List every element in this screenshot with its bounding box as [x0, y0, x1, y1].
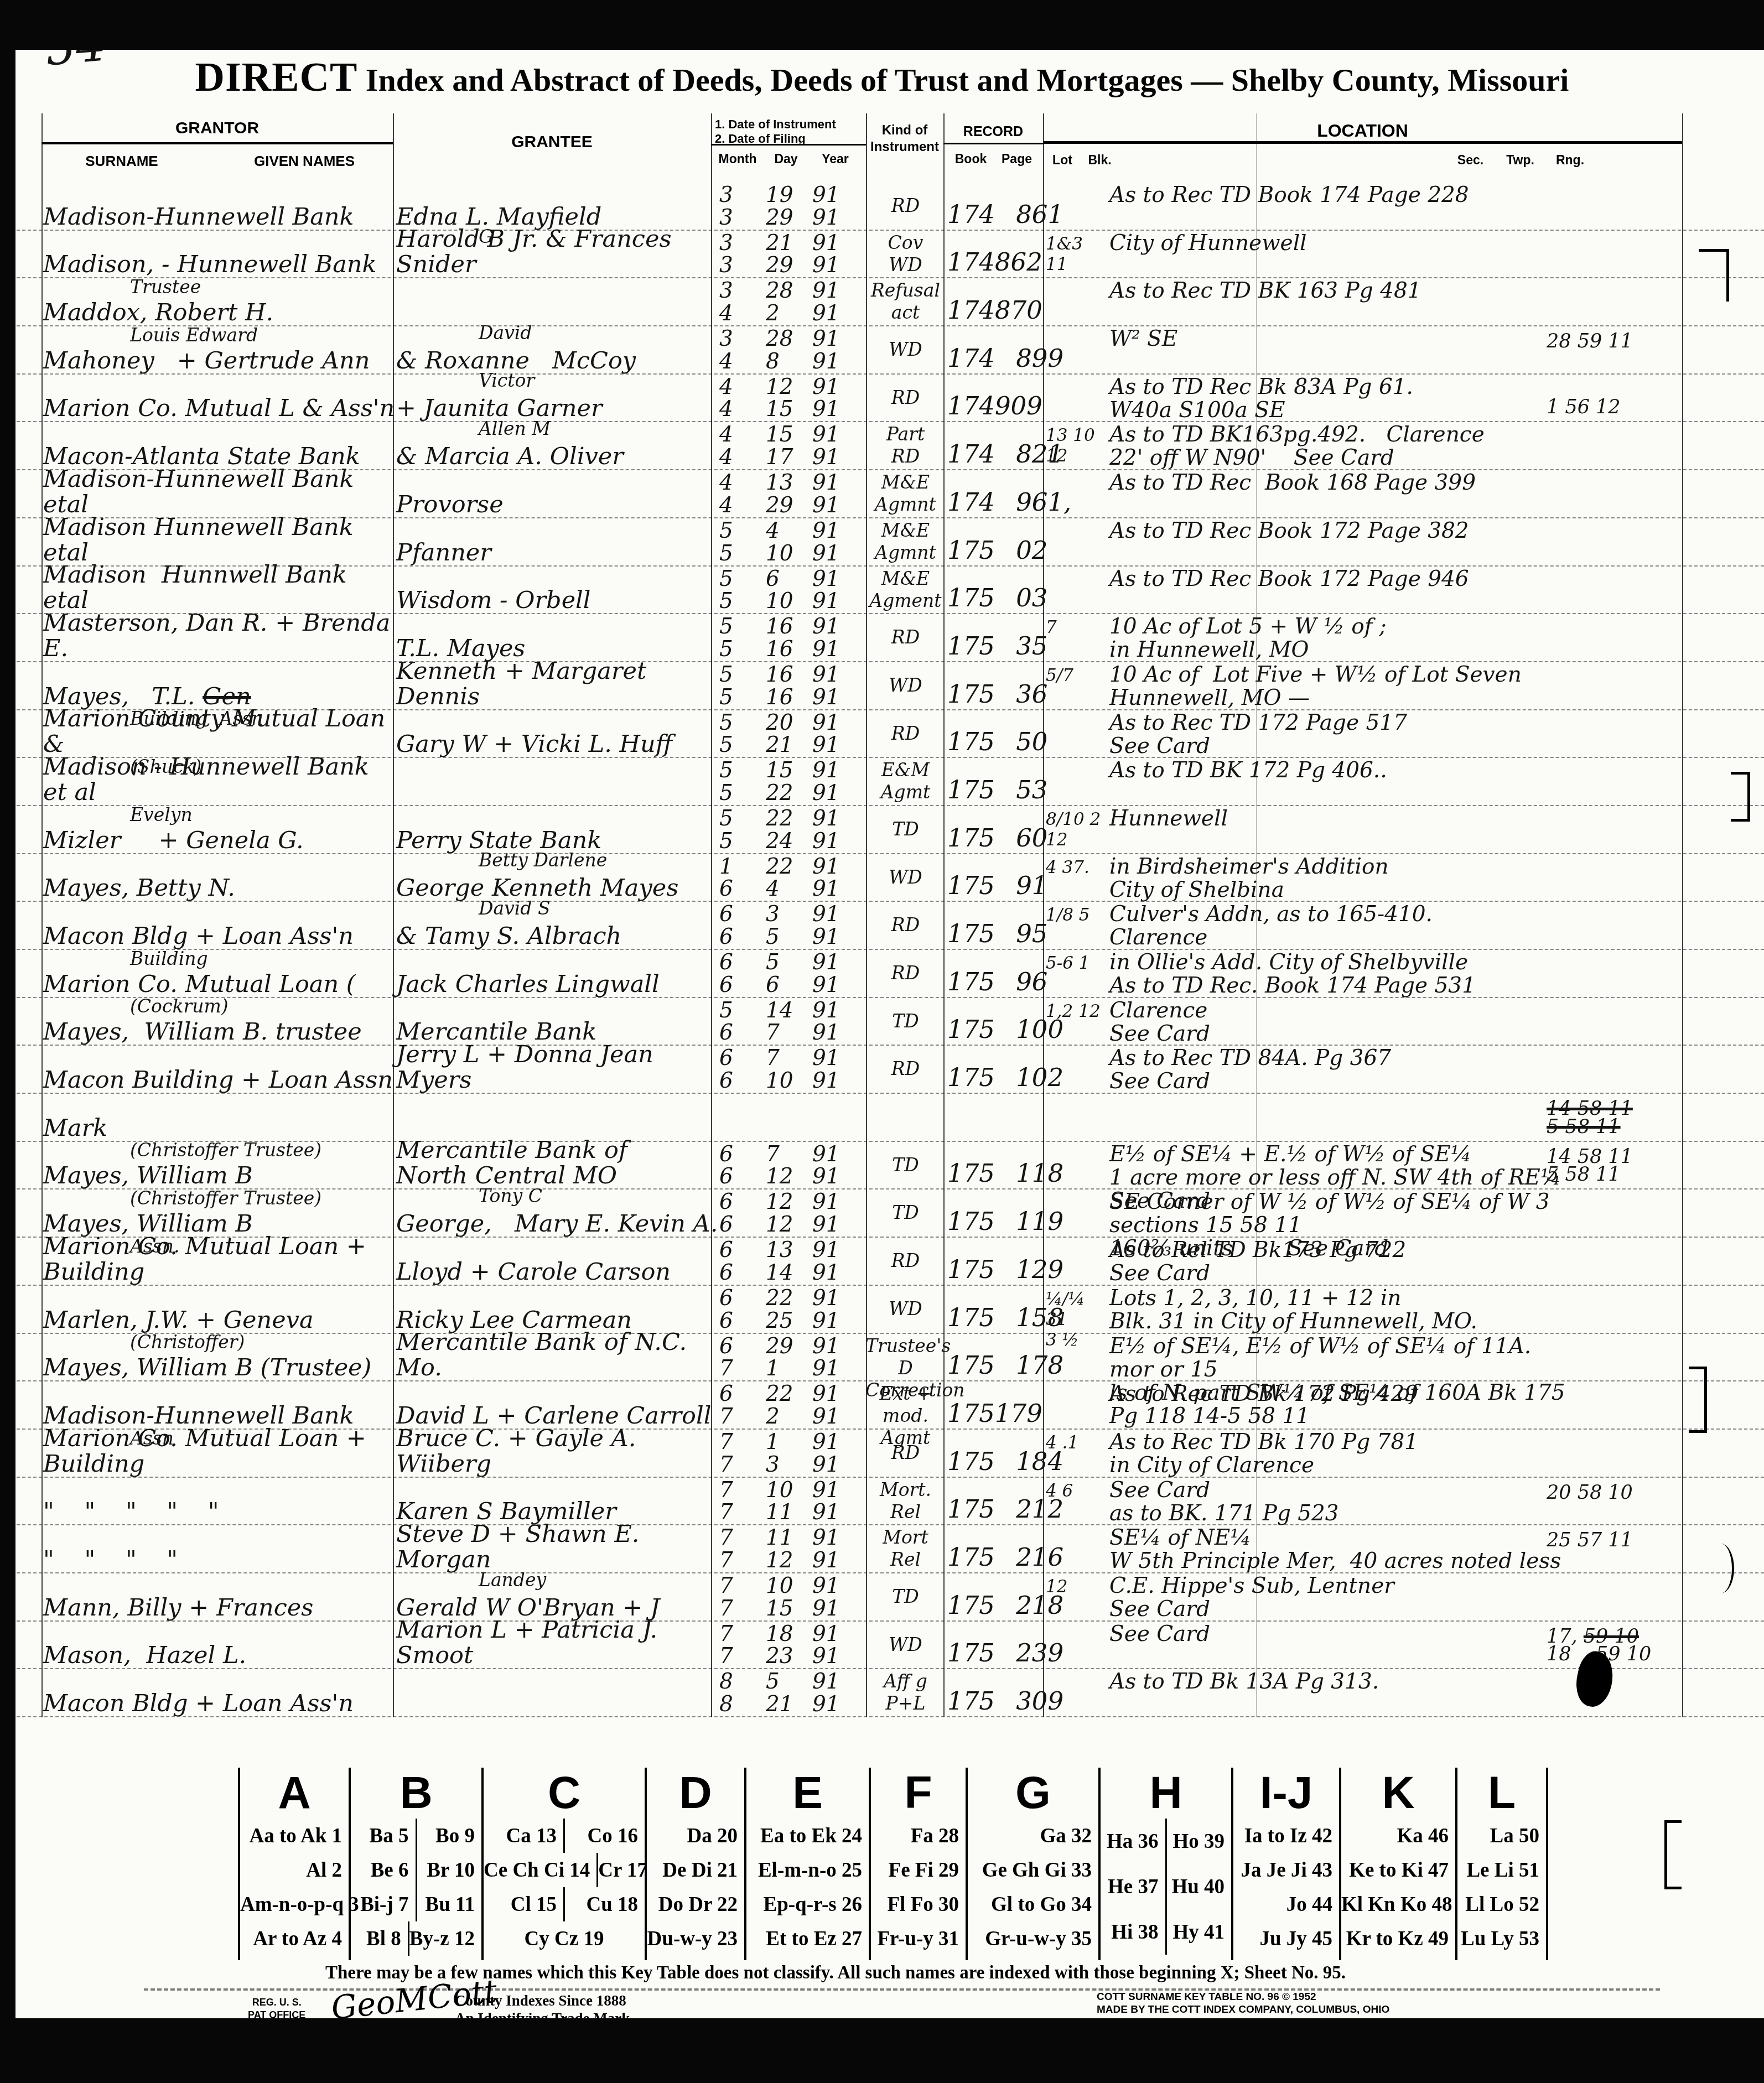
col-header-surname: SURNAME: [53, 153, 191, 170]
key-column-e: EEa to Ek 24El-m-n-o 25Ep-q-r-s 26Et to …: [746, 1768, 871, 1960]
key-range: Ep-q-r-s 26: [746, 1893, 869, 1916]
footer-right-line1: COTT SURNAME KEY TABLE NO. 96 © 1952: [1097, 1991, 1316, 2003]
header-rule: [1043, 141, 1682, 144]
scan-artifact: [1664, 1820, 1682, 1889]
key-row: Am-n-o-p-q 3: [240, 1887, 349, 1921]
date-of-filing: 71591: [715, 1596, 864, 1619]
scan-artifact: [1699, 249, 1729, 302]
key-row: Ia to Iz 42: [1233, 1819, 1339, 1853]
kind-of-instrument: RD: [865, 1442, 946, 1464]
key-range: Bl 8: [351, 1921, 409, 1956]
col-header-given-names: GIVEN NAMES: [221, 153, 387, 170]
grantee-note: Victor: [479, 371, 535, 390]
key-range: Et to Ez 27: [746, 1927, 869, 1951]
key-letter: I-J: [1233, 1768, 1339, 1819]
key-range: Le Li 51: [1457, 1858, 1546, 1882]
location-note: As to TD BK163pg.492. Clarence 22' off W…: [1109, 423, 1569, 470]
key-row: Ge Gh Gi 33: [968, 1853, 1098, 1887]
date-of-instrument: 41591: [715, 422, 864, 445]
key-range: Ia to Iz 42: [1233, 1824, 1339, 1848]
key-letter: F: [871, 1768, 966, 1819]
key-range: Ea to Ek 24: [746, 1824, 869, 1848]
col-header-date1: 1. Date of Instrument: [715, 117, 864, 132]
key-letter: C: [484, 1768, 645, 1819]
index-row: " " " "Steve D + Shawn E. Morgan71191712…: [0, 1525, 1764, 1573]
date-of-filing: 61491: [715, 1260, 864, 1284]
lot-blk: 4 .1: [1046, 1433, 1104, 1453]
index-row: Mayes, William B(Christoffer Trustee)Mer…: [0, 1142, 1764, 1190]
kind-of-instrument: RD: [865, 195, 946, 217]
key-row: Ba 5Bo 9: [351, 1819, 481, 1853]
date-of-instrument: 52091: [715, 710, 864, 734]
page-title: DIRECT Index and Abstract of Deeds, Deed…: [0, 54, 1764, 101]
date-of-filing: 4891: [715, 349, 864, 372]
grantor-name: Madison, - Hunnewell Bank: [43, 252, 397, 277]
key-row: Fa 28: [871, 1819, 966, 1853]
date-of-filing: 61291: [715, 1164, 864, 1187]
date-of-instrument: 61391: [715, 1238, 864, 1261]
key-row: Ar to Az 4: [240, 1921, 349, 1956]
key-row: Gl to Go 34: [968, 1887, 1098, 1921]
date-of-instrument: 62291: [715, 1381, 864, 1405]
key-row: Ju Jy 45: [1233, 1921, 1339, 1956]
date-of-filing: 52191: [715, 733, 864, 756]
key-range: Fe Fi 29: [871, 1858, 966, 1882]
kind-of-instrument: TD: [865, 1154, 946, 1176]
key-row: Fe Fi 29: [871, 1853, 966, 1887]
grantor-name: Madison Hunnwell Bank etal: [43, 562, 397, 613]
location-note: As to Rec TD BK 163 Pg 481: [1109, 279, 1569, 303]
lot-blk: 5-6 1: [1046, 953, 1104, 974]
title-rest: Index and Abstract of Deeds, Deeds of Tr…: [357, 62, 1569, 98]
grantor-note: Building Assn: [130, 709, 263, 728]
key-range: Ho 39: [1167, 1830, 1232, 1853]
grantor-name: " " " " ": [43, 1499, 397, 1524]
kind-of-instrument: TD: [865, 1202, 946, 1224]
location-note: City of Hunnewell: [1109, 232, 1569, 255]
key-row: Et to Ez 27: [746, 1921, 869, 1956]
key-range: Ba 5: [351, 1819, 417, 1853]
key-row: Da 20: [647, 1819, 744, 1853]
kind-of-instrument: Refusal act: [865, 279, 946, 324]
date-of-filing: 72391: [715, 1644, 864, 1667]
record-book-page: 175 03: [947, 585, 1047, 611]
index-row: Mayes, Betty N.George Kenneth MayesBetty…: [0, 854, 1764, 902]
key-row: Kr to Kz 49: [1341, 1921, 1455, 1956]
index-row: Macon Bldg + Loan Ass'n859182191Aff g P+…: [0, 1669, 1764, 1717]
grantee-name: Pfanner: [396, 540, 728, 565]
date-of-instrument: 51491: [715, 998, 864, 1021]
date-of-instrument: 6391: [715, 902, 864, 925]
kind-of-instrument: RD: [865, 962, 946, 984]
date-of-instrument: 5691: [715, 567, 864, 590]
ledger-paper: 54 DIRECT Index and Abstract of Deeds, D…: [0, 0, 1764, 2083]
kind-of-instrument: TD: [865, 818, 946, 840]
record-book-page: 175 239: [947, 1640, 1047, 1666]
key-range: Ca 13: [484, 1819, 565, 1853]
location-note: As to TD Rec Book 172 Page 946: [1109, 568, 1569, 591]
date-of-instrument: 62291: [715, 1286, 864, 1309]
key-column-k: KKa 46Ke to Ki 47Kl Kn Ko 48Kr to Kz 49: [1341, 1768, 1457, 1960]
grantee-name: George Kenneth Mayes: [396, 875, 728, 901]
key-range: Hy 41: [1167, 1920, 1232, 1944]
index-row: Macon Bldg + Loan Ass'n& Tamy S. Albrach…: [0, 902, 1764, 950]
location-note: As to Rec TD Bk 172 Pg 429: [1109, 1383, 1569, 1406]
record-book-page: 174909: [947, 393, 1047, 419]
key-column-a: AAa to Ak 1Al 2Am-n-o-p-q 3Ar to Az 4: [240, 1768, 351, 1960]
date-of-instrument: 32191: [715, 231, 864, 254]
location-note: See Card as to BK. 171 Pg 523: [1109, 1479, 1569, 1525]
key-range: Kl Kn Ko 48: [1341, 1893, 1459, 1916]
key-range: Am-n-o-p-q 3: [240, 1893, 366, 1916]
grantor-name: Marion Co. Mutual Loan (: [43, 972, 397, 997]
grantee-name: Mercantile Bank of N.C. Mo.: [396, 1329, 728, 1380]
kind-of-instrument: Mort Rel: [865, 1526, 946, 1571]
record-book-page: 174 821: [947, 441, 1047, 467]
kind-of-instrument: RD: [865, 387, 946, 409]
index-table-body: Madison-Hunnewell BankEdna L. Mayfield31…: [0, 183, 1764, 1717]
lot-blk: 4 6: [1046, 1481, 1104, 1502]
grantor-note: Trustee: [130, 278, 201, 297]
key-row: El-m-n-o 25: [746, 1853, 869, 1887]
record-book-page: 175 91: [947, 873, 1047, 898]
record-book-page: 175 53: [947, 777, 1047, 803]
location-note: Culver's Addn, as to 165-410. Clarence: [1109, 903, 1569, 949]
grantee-note: G: [479, 227, 493, 246]
kind-of-instrument: M&E Agmnt: [865, 520, 946, 564]
scan-edge-bottom: [0, 2018, 1764, 2083]
key-column-b: BBa 5Bo 9Be 6Br 10Bi-j 7Bu 11Bl 8By-z 12: [351, 1768, 484, 1960]
index-row: Mayes, William B(Christoffer Trustee)Geo…: [0, 1189, 1764, 1238]
location-note: W² SE: [1109, 328, 1569, 351]
date-of-filing: 6691: [715, 973, 864, 996]
key-range: Da 20: [647, 1824, 744, 1848]
header-rule: [41, 142, 393, 144]
grantee-note: Landey: [479, 1571, 546, 1589]
grantor-name: Macon Bldg + Loan Ass'n: [43, 923, 397, 949]
col-header-grantor: GRANTOR: [41, 119, 393, 138]
date-of-instrument: 8591: [715, 1669, 864, 1692]
date-of-instrument: 51691: [715, 662, 864, 685]
key-range: Gr-u-w-y 35: [968, 1927, 1098, 1951]
grantor-name: Marlen, J.W. + Geneva: [43, 1307, 397, 1333]
lot-blk: 1&3 11: [1046, 234, 1104, 275]
date-of-filing: 51091: [715, 589, 864, 612]
grantor-name: Madison-Hunnewell Bank: [43, 204, 397, 230]
date-of-instrument: 71891: [715, 1622, 864, 1645]
key-range: Be 6: [351, 1853, 417, 1887]
date-of-instrument: 32891: [715, 326, 864, 350]
date-of-filing: 7391: [715, 1452, 864, 1476]
grantee-name: Steve D + Shawn E. Morgan: [396, 1521, 728, 1572]
key-column-g: GGa 32Ge Gh Gi 33Gl to Go 34Gr-u-w-y 35: [968, 1768, 1101, 1960]
grantee-name: & Marcia A. Oliver: [396, 444, 728, 469]
grantor-note: (Christoffer Trustee): [130, 1141, 321, 1160]
key-range: Ce Ch Ci 14: [484, 1853, 598, 1887]
record-book-page: 175 216: [947, 1545, 1047, 1570]
index-row: Maddox, Robert H.Trustee328914291Refusal…: [0, 278, 1764, 326]
date-of-filing: 6791: [715, 1020, 864, 1043]
col-header-twp: Twp.: [1497, 153, 1544, 168]
index-row: Marion County Mutual Loan &Building Assn…: [0, 710, 1764, 759]
date-of-instrument: 6791: [715, 1046, 864, 1069]
location-note: As to TD Rec Bk 83A Pg 61. W40a S100a SE: [1109, 376, 1569, 422]
location-note: As to Rec TD 172 Page 517 See Card: [1109, 711, 1569, 758]
grantor-name: Mason, Hazel L.: [43, 1643, 397, 1668]
grantor-note: (Cockrum): [130, 997, 229, 1016]
key-row: Ca 13Co 16: [484, 1819, 645, 1853]
date-of-instrument: 41391: [715, 470, 864, 494]
key-range: Gl to Go 34: [968, 1893, 1098, 1916]
key-range: Aa to Ak 1: [240, 1824, 349, 1848]
index-row: Madison Hunnwell Bank etalWisdom - Orbel…: [0, 567, 1764, 615]
key-letter: K: [1341, 1768, 1455, 1819]
sec-twp-rng: 18 59 10: [1547, 1642, 1729, 1667]
grantee-name: Gary W + Vicki L. Huff: [396, 731, 728, 757]
surname-key-table: AAa to Ak 1Al 2Am-n-o-p-q 3Ar to Az 4BBa…: [238, 1768, 1548, 1960]
location-note: Hunnewell: [1109, 807, 1569, 830]
date-of-instrument: 6591: [715, 950, 864, 973]
date-of-instrument: 71191: [715, 1525, 864, 1549]
lot-blk: 1/8 5: [1046, 905, 1104, 926]
key-row: Be 6Br 10: [351, 1853, 481, 1887]
record-book-page: 175 212: [947, 1497, 1047, 1522]
record-book-page: 175 129: [947, 1257, 1047, 1282]
grantor-name: Madison - Hunnewell Bank et al: [43, 754, 397, 805]
date-of-instrument: 31991: [715, 183, 864, 206]
location-note: As to TD Bk 13A Pg 313.: [1109, 1670, 1569, 1694]
grantee-note: Tony C: [479, 1187, 542, 1206]
grantor-note: Evelyn: [130, 806, 193, 824]
index-row: Madison-Hunnewell BankDavid L + Carlene …: [0, 1381, 1764, 1430]
key-range: Hu 40: [1167, 1875, 1232, 1899]
lot-blk: 8/10 2 12: [1046, 809, 1104, 850]
date-of-filing: 42991: [715, 493, 864, 516]
key-range: Ar to Az 4: [240, 1927, 349, 1951]
grantor-name: Mahoney + Gertrude Ann: [43, 348, 397, 373]
key-range: Bi-j 7: [351, 1887, 417, 1921]
sec-twp-rng: 20 58 10: [1547, 1480, 1729, 1505]
date-of-filing: 82191: [715, 1692, 864, 1715]
key-row: Ha 36Ho 39: [1101, 1819, 1231, 1864]
key-range: Bo 9: [417, 1824, 482, 1848]
index-row: Marion Co. Mutual Loan + BuildingAssn.Ll…: [0, 1238, 1764, 1286]
key-column-d: DDa 20De Di 21Do Dr 22Du-w-y 23: [647, 1768, 746, 1960]
col-header-book: Book: [947, 152, 994, 167]
index-row: Mahoney + Gertrude AnnLouis Edward& Roxa…: [0, 326, 1764, 375]
key-range: La 50: [1457, 1824, 1546, 1848]
kind-of-instrument: Aff g P+L: [865, 1670, 946, 1715]
key-range: Du-w-y 23: [647, 1927, 744, 1951]
index-row: Marlen, J.W. + GenevaRicky Lee Carmean62…: [0, 1286, 1764, 1334]
grantee-name: Jack Charles Lingwall: [396, 972, 728, 997]
key-range: Ja Je Ji 43: [1233, 1858, 1339, 1882]
key-range: Ge Gh Gi 33: [968, 1858, 1098, 1882]
kind-of-instrument: RD: [865, 626, 946, 648]
grantor-name: " " " ": [43, 1547, 397, 1572]
grantor-name: Marion Co. Mutual L & Ass'n: [43, 396, 397, 421]
key-range: Br 10: [417, 1858, 482, 1882]
kind-of-instrument: M&E Agment: [865, 568, 946, 612]
record-book-page: 175 60: [947, 825, 1047, 851]
date-of-instrument: 62991: [715, 1334, 864, 1357]
location-note: As to TD Rec Book 172 Page 382: [1109, 520, 1569, 543]
grantor-note: (Shuck): [130, 757, 201, 776]
grantor-name: Maddox, Robert H.: [43, 300, 397, 325]
kind-of-instrument: WD: [865, 339, 946, 361]
date-of-filing: 41591: [715, 397, 864, 420]
grantor-name: Macon Building + Loan Assn: [43, 1067, 397, 1093]
key-row: Lu Ly 53: [1457, 1921, 1546, 1956]
kind-of-instrument: RD: [865, 914, 946, 936]
kind-of-instrument: TD: [865, 1010, 946, 1032]
grantor-note: (Christoffer): [130, 1333, 245, 1352]
location-note: SE¼ of NE¼ W 5th Principle Mer, 40 acres…: [1109, 1526, 1569, 1573]
sec-twp-rng: 5 58 11: [1547, 1162, 1729, 1187]
key-row: Ll Lo 52: [1457, 1887, 1546, 1921]
key-range: Co 16: [565, 1824, 645, 1848]
col-header-kind2: Instrument: [866, 139, 943, 155]
location-note: Lots 1, 2, 3, 10, 11 + 12 in Blk. 31 in …: [1109, 1287, 1569, 1333]
key-row: Bi-j 7Bu 11: [351, 1887, 481, 1921]
key-letter: E: [746, 1768, 869, 1819]
date-of-instrument: 5491: [715, 518, 864, 542]
record-book-page: 175 100: [947, 1017, 1047, 1042]
index-row: Mizler + Genela G.EvelynPerry State Bank…: [0, 806, 1764, 854]
key-range: Ha 36: [1101, 1819, 1167, 1864]
sec-twp-rng: 25 57 11: [1547, 1528, 1729, 1553]
grantor-name: Marion Co. Mutual Loan + Building: [43, 1234, 397, 1285]
lot-blk: 5/7: [1046, 666, 1104, 686]
record-book-page: 174862: [947, 250, 1047, 275]
key-column-h: HHa 36Ho 39He 37Hu 40Hi 38Hy 41: [1101, 1768, 1233, 1960]
date-of-filing: 62591: [715, 1308, 864, 1332]
key-row: Ga 32: [968, 1819, 1098, 1853]
grantee-name: Provorse: [396, 492, 728, 517]
key-range: Ll Lo 52: [1457, 1893, 1546, 1916]
key-row: He 37Hu 40: [1101, 1864, 1231, 1909]
kind-of-instrument: TD: [865, 1586, 946, 1608]
record-book-page: 175 309: [947, 1689, 1047, 1714]
date-of-filing: 32991: [715, 253, 864, 276]
record-book-page: 175 102: [947, 1065, 1047, 1090]
key-letter: H: [1101, 1768, 1231, 1819]
key-row: De Di 21: [647, 1853, 744, 1887]
date-of-instrument: 61291: [715, 1189, 864, 1213]
index-row: Madison, - Hunnewell BankHarold B Jr. & …: [0, 231, 1764, 279]
key-letter: D: [647, 1768, 744, 1819]
col-header-year: Year: [809, 152, 862, 167]
location-note: As to Rec TD Bk 170 Pg 781 in City of Cl…: [1109, 1431, 1569, 1477]
key-range: El-m-n-o 25: [746, 1858, 869, 1882]
record-book-page: 175 36: [947, 682, 1047, 707]
date-of-filing: 52491: [715, 829, 864, 852]
location-note: C.E. Hippe's Sub, Lentner See Card: [1109, 1575, 1569, 1621]
key-row: Kl Kn Ko 48: [1341, 1887, 1455, 1921]
date-of-filing: 61291: [715, 1212, 864, 1235]
scan-artifact: [1731, 772, 1750, 822]
grantee-name: Bruce C. + Gayle A. Wiiberg: [396, 1426, 728, 1477]
record-book-page: 175 158: [947, 1305, 1047, 1331]
col-header-blk: Blk.: [1079, 153, 1120, 168]
grantor-note: Assn.: [130, 1237, 179, 1256]
grantor-name: Marion Co. Mutual Loan + Building: [43, 1426, 397, 1477]
grantee-name: George, Mary E. Kevin A.: [396, 1211, 728, 1237]
key-row: Cy Cz 19: [484, 1921, 645, 1956]
grantor-name: Mayes, William B. trustee: [43, 1019, 397, 1045]
sec-twp-rng: 1 56 12: [1547, 394, 1729, 420]
location-note: As to TD Rec Book 168 Page 399: [1109, 471, 1569, 495]
record-book-page: 175 35: [947, 633, 1047, 659]
index-row: Mayes, William B. trustee(Cockrum)Mercan…: [0, 998, 1764, 1046]
date-of-filing: 61091: [715, 1068, 864, 1092]
key-column-i-j: I-JIa to Iz 42Ja Je Ji 43Jo 44Ju Jy 45: [1233, 1768, 1341, 1960]
kind-of-instrument: RD: [865, 1250, 946, 1272]
record-book-page: 174 899: [947, 346, 1047, 371]
record-book-page: 175 96: [947, 969, 1047, 995]
record-book-page: 175 178: [947, 1353, 1047, 1378]
lot-blk: 12: [1046, 1577, 1104, 1597]
grantor-note: (Christoffer Trustee): [130, 1189, 321, 1208]
grantor-name: Masterson, Dan R. + Brenda E.: [43, 610, 397, 661]
key-range: Fr-u-y 31: [871, 1927, 966, 1951]
location-note: As to Rec TD Book 174 Page 228: [1109, 184, 1569, 207]
kind-of-instrument: E&M Agmt: [865, 759, 946, 803]
kind-of-instrument: RD: [865, 1058, 946, 1080]
lot-blk: 1,2 12: [1046, 1001, 1104, 1022]
date-of-filing: 7191: [715, 1356, 864, 1379]
title-emphasis: DIRECT: [195, 55, 358, 100]
date-of-filing: 51691: [715, 685, 864, 708]
key-row: Do Dr 22: [647, 1887, 744, 1921]
key-range: Do Dr 22: [647, 1893, 744, 1916]
index-row: Madison-Hunnewell BankEdna L. Mayfield31…: [0, 183, 1764, 231]
date-of-filing: 4291: [715, 301, 864, 324]
date-of-filing: 7291: [715, 1404, 864, 1427]
grantee-name: & Roxanne McCoy: [396, 348, 728, 373]
index-row: Mann, Billy + FrancesGerald W O'Bryan + …: [0, 1573, 1764, 1622]
footer-tm-line1: County Indexes Since 1888: [455, 1992, 626, 2009]
scan-artifact: [1689, 1367, 1707, 1433]
date-of-instrument: 32891: [715, 278, 864, 302]
sec-twp-rng: 5 58 11: [1547, 1114, 1729, 1140]
date-of-filing: 51091: [715, 541, 864, 564]
col-header-rng: Rng.: [1547, 153, 1594, 168]
key-row: Ka 46: [1341, 1819, 1455, 1853]
col-header-day: Day: [762, 152, 810, 167]
index-row: Marion Co. Mutual Loan (BuildingJack Cha…: [0, 950, 1764, 998]
grantor-note: Assn: [130, 1429, 174, 1448]
key-row: Ke to Ki 47: [1341, 1853, 1455, 1887]
key-row: Bl 8By-z 12: [351, 1921, 481, 1956]
key-range: Bu 11: [417, 1893, 482, 1916]
record-book-page: 175 02: [947, 538, 1047, 563]
grantee-name: Mercantile Bank of North Central MO: [396, 1137, 728, 1188]
key-range: Ju Jy 45: [1233, 1927, 1339, 1951]
location-note: 10 Ac of Lot Five + W½ of Lot Seven Hunn…: [1109, 663, 1569, 710]
key-range: Fl Fo 30: [871, 1893, 966, 1916]
index-row: Mason, Hazel L.Marion L + Patricia J. Sm…: [0, 1622, 1764, 1670]
col-header-lot: Lot: [1046, 153, 1079, 168]
key-row: Ja Je Ji 43: [1233, 1853, 1339, 1887]
grantor-name: Mayes, Betty N.: [43, 875, 397, 901]
key-range: Cu 18: [565, 1893, 645, 1916]
scan-edge-left: [0, 0, 15, 2083]
date-of-filing: 6491: [715, 876, 864, 900]
col-header-record: RECORD: [943, 124, 1043, 140]
key-range: Cy Cz 19: [484, 1927, 645, 1951]
index-row: Madison Hunnewell Bank etalPfanner549151…: [0, 518, 1764, 567]
